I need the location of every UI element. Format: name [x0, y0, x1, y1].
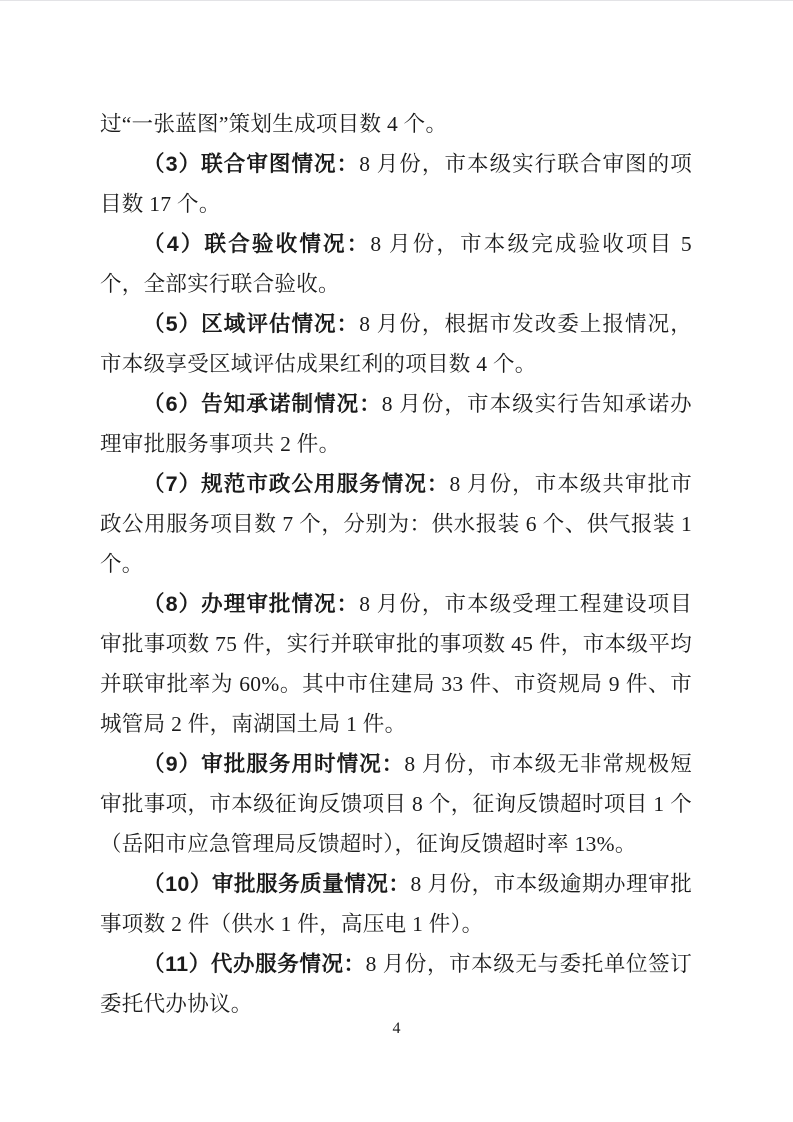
paragraph-label: （6）告知承诺制情况：: [143, 392, 382, 416]
paragraph-label: （4）联合验收情况：: [143, 232, 370, 256]
paragraph-label: （9）审批服务用时情况：: [143, 752, 404, 776]
report-paragraph: （9）审批服务用时情况：8 月份，市本级无非常规极短审批事项，市本级征询反馈项目…: [100, 744, 692, 864]
report-paragraph: （3）联合审图情况：8 月份，市本级实行联合审图的项目数 17 个。: [100, 144, 692, 224]
document-page: 过“一张蓝图”策划生成项目数 4 个。 （3）联合审图情况：8 月份，市本级实行…: [0, 0, 793, 1122]
report-paragraphs: （3）联合审图情况：8 月份，市本级实行联合审图的项目数 17 个。 （4）联合…: [100, 144, 692, 1024]
report-paragraph: （4）联合验收情况：8 月份，市本级完成验收项目 5 个，全部实行联合验收。: [100, 224, 692, 304]
report-paragraph: （5）区域评估情况：8 月份，根据市发改委上报情况，市本级享受区域评估成果红利的…: [100, 304, 692, 384]
continuation-paragraph: 过“一张蓝图”策划生成项目数 4 个。: [100, 104, 692, 144]
report-paragraph: （11）代办服务情况：8 月份，市本级无与委托单位签订委托代办协议。: [100, 944, 692, 1024]
report-paragraph: （7）规范市政公用服务情况：8 月份，市本级共审批市政公用服务项目数 7 个，分…: [100, 464, 692, 584]
page-content: 过“一张蓝图”策划生成项目数 4 个。 （3）联合审图情况：8 月份，市本级实行…: [100, 104, 692, 1024]
paragraph-label: （8）办理审批情况：: [143, 592, 359, 616]
report-paragraph: （10）审批服务质量情况：8 月份，市本级逾期办理审批事项数 2 件（供水 1 …: [100, 864, 692, 944]
page-number: 4: [0, 1017, 793, 1041]
paragraph-label: （11）代办服务情况：: [143, 952, 366, 976]
paragraph-label: （10）审批服务质量情况：: [143, 872, 411, 896]
paragraph-label: （7）规范市政公用服务情况：: [143, 472, 450, 496]
report-paragraph: （8）办理审批情况：8 月份，市本级受理工程建设项目审批事项数 75 件，实行并…: [100, 584, 692, 744]
report-paragraph: （6）告知承诺制情况：8 月份，市本级实行告知承诺办理审批服务事项共 2 件。: [100, 384, 692, 464]
paragraph-label: （3）联合审图情况：: [143, 152, 359, 176]
paragraph-label: （5）区域评估情况：: [143, 312, 359, 336]
